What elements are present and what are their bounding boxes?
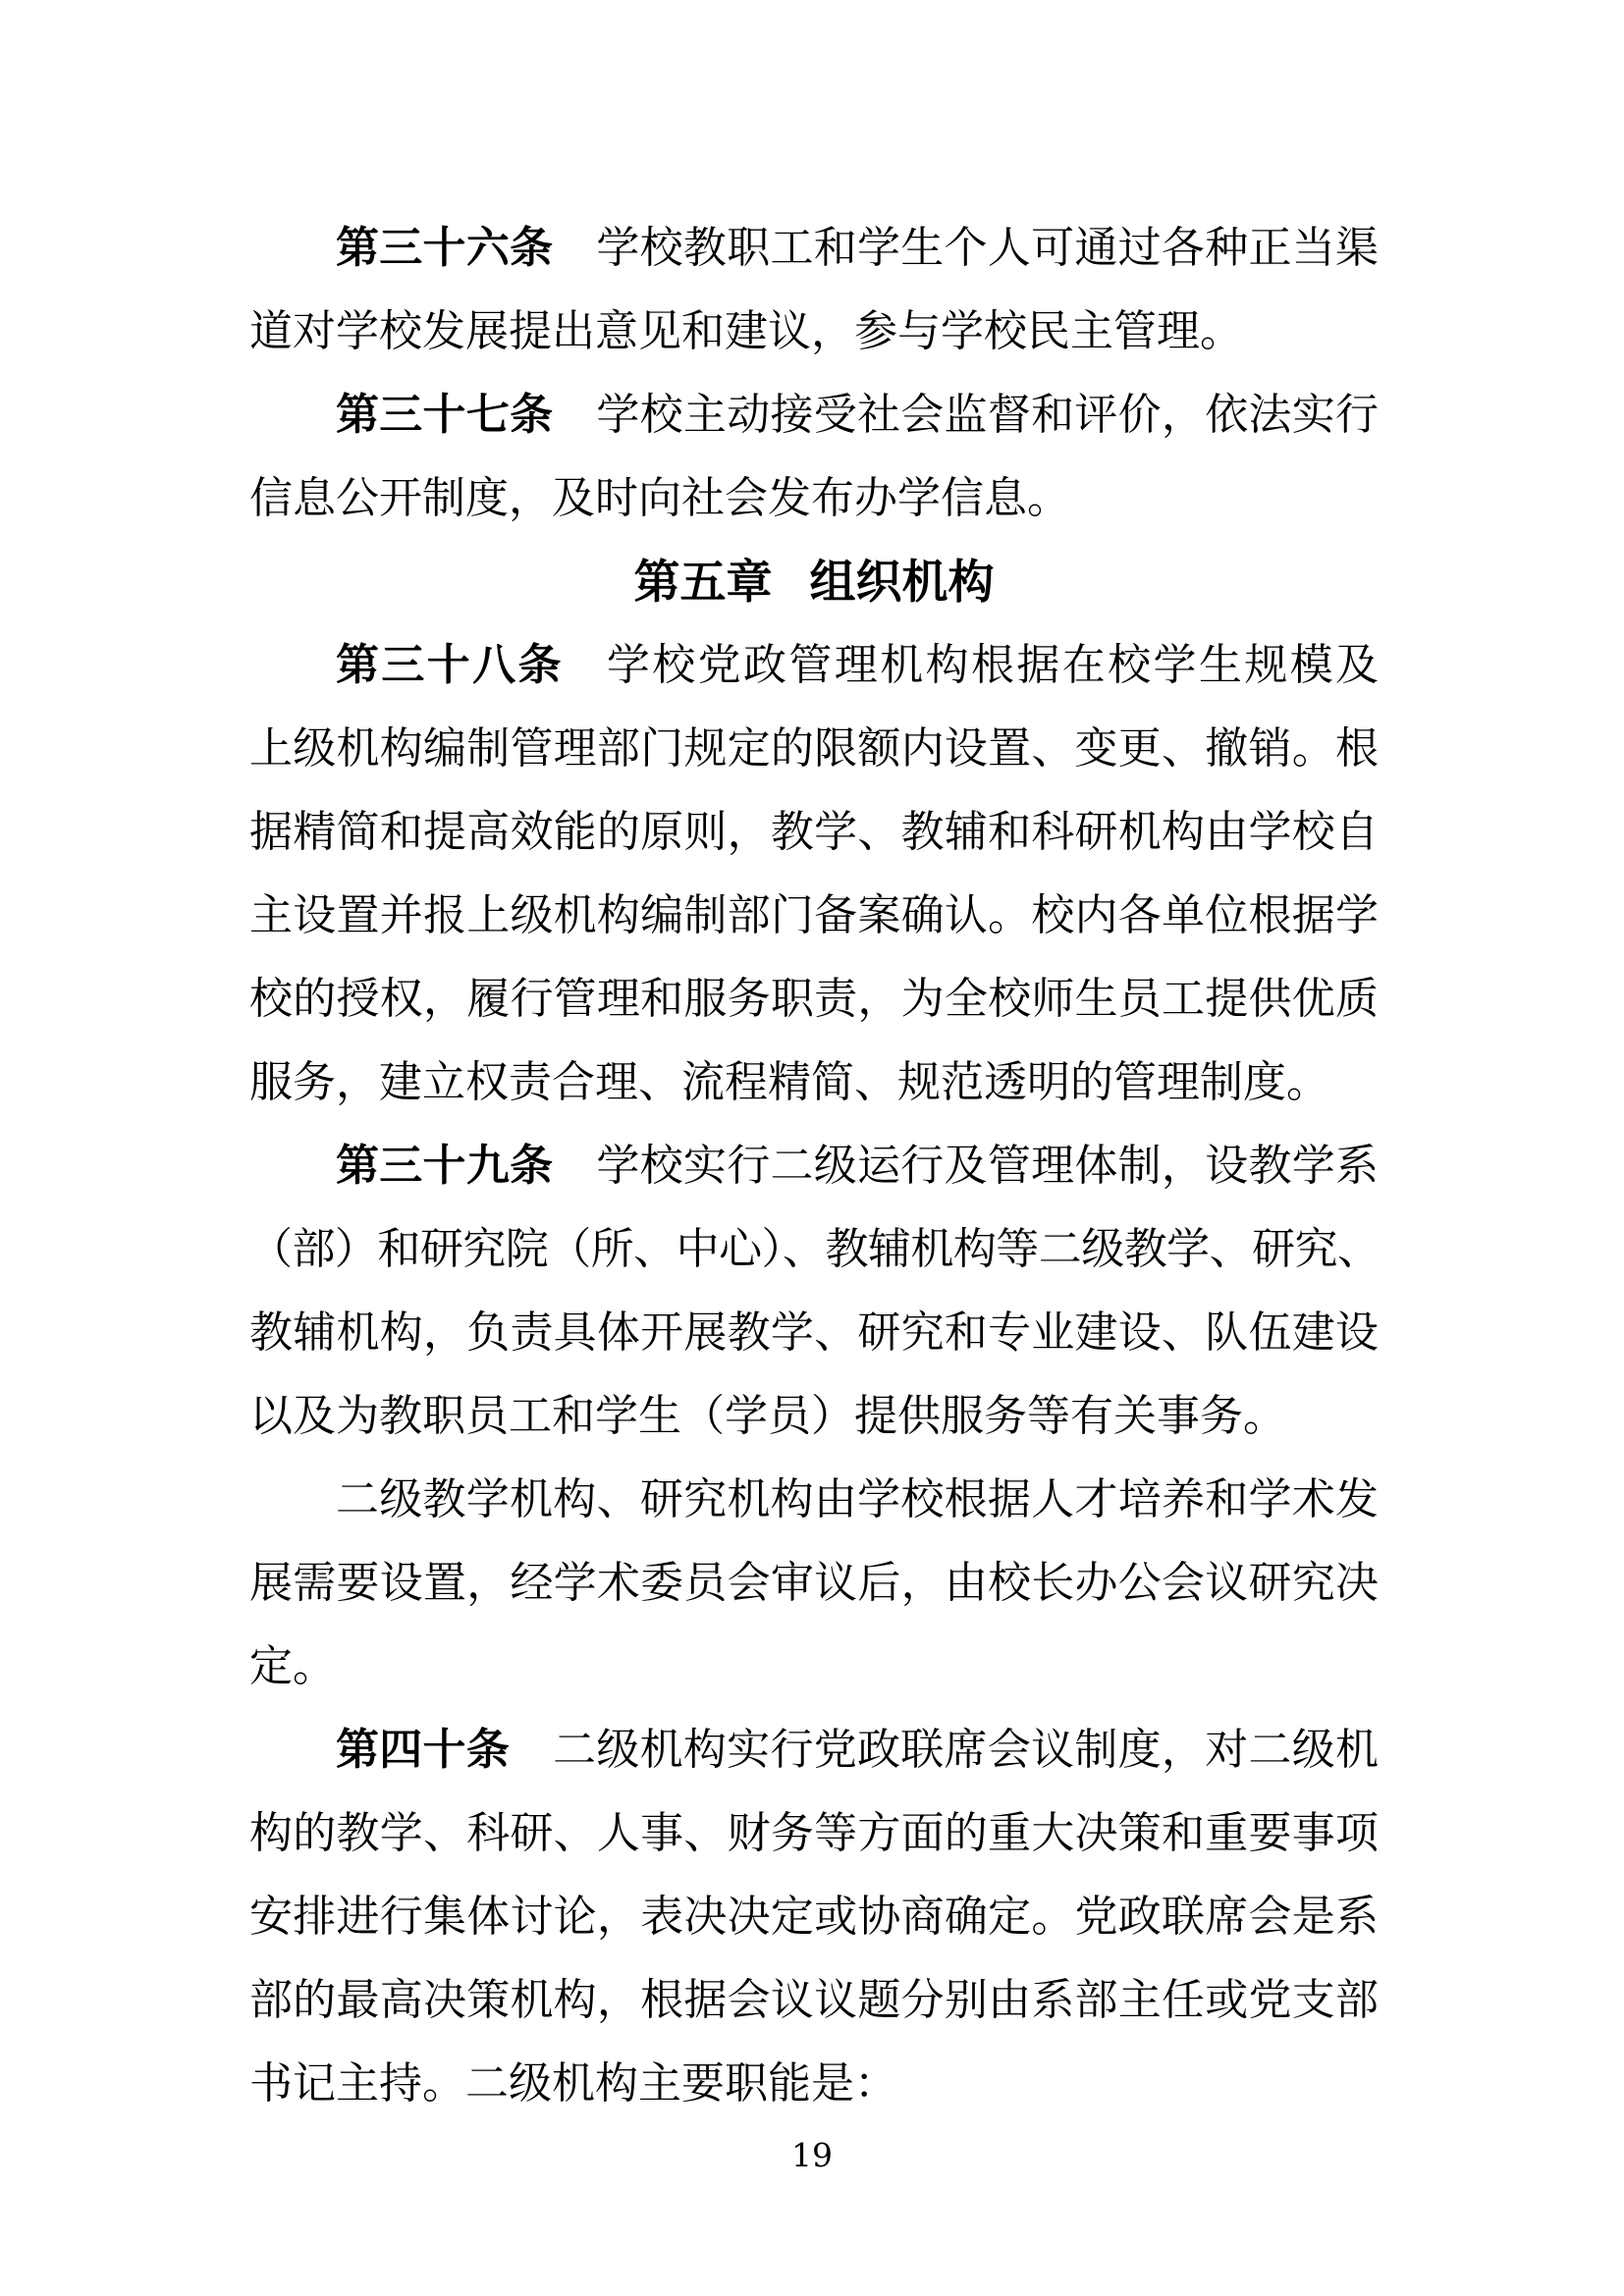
text-line: 定。 <box>249 1625 1379 1708</box>
article-40-paragraph: 第四十条二级机构实行党政联席会议制度，对二级机 构的教学、科研、人事、财务等方面… <box>249 1708 1379 2125</box>
line-text: 学校教职工和学生个人可通过各种正当渠 <box>596 223 1379 273</box>
article-39-paragraph: 第三十九条学校实行二级运行及管理体制，设教学系 （部）和研究院（所、中心）、教辅… <box>249 1124 1379 1458</box>
text-line: 教辅机构，负责具体开展教学、研究和专业建设、队伍建设 <box>249 1291 1379 1374</box>
article-37-number: 第三十七条 <box>336 390 553 440</box>
secondary-organs-paragraph: 二级教学机构、研究机构由学校根据人才培养和学术发 展需要设置，经学术委员会审议后… <box>249 1458 1379 1708</box>
document-page: 第三十六条学校教职工和学生个人可通过各种正当渠 道对学校发展提出意见和建议，参与… <box>0 0 1624 2296</box>
text-line: 第三十七条学校主动接受社会监督和评价，依法实行 <box>249 373 1379 456</box>
line-text: 二级机构实行党政联席会议制度，对二级机 <box>553 1725 1379 1775</box>
article-39-number: 第三十九条 <box>336 1141 553 1191</box>
text-line: 据精简和提高效能的原则，教学、教辅和科研机构由学校自 <box>249 790 1379 874</box>
article-38-number: 第三十八条 <box>336 640 564 690</box>
text-line: 第三十八条学校党政管理机构根据在校学生规模及 <box>249 623 1379 707</box>
text-line: 第四十条二级机构实行党政联席会议制度，对二级机 <box>249 1708 1379 1791</box>
text-line: 校的授权，履行管理和服务职责，为全校师生员工提供优质 <box>249 957 1379 1041</box>
page-number: 19 <box>0 2136 1624 2174</box>
article-38-paragraph: 第三十八条学校党政管理机构根据在校学生规模及 上级机构编制管理部门规定的限额内设… <box>249 623 1379 1124</box>
text-line: 道对学校发展提出意见和建议，参与学校民主管理。 <box>249 290 1379 373</box>
text-line: 服务，建立权责合理、流程精简、规范透明的管理制度。 <box>249 1041 1379 1124</box>
document-text-block: 第三十六条学校教职工和学生个人可通过各种正当渠 道对学校发展提出意见和建议，参与… <box>249 206 1379 2125</box>
line-text: 学校实行二级运行及管理体制，设教学系 <box>596 1141 1379 1191</box>
text-line: 构的教学、科研、人事、财务等方面的重大决策和重要事项 <box>249 1791 1379 1875</box>
text-line: 第三十九条学校实行二级运行及管理体制，设教学系 <box>249 1124 1379 1207</box>
article-37-paragraph: 第三十七条学校主动接受社会监督和评价，依法实行 信息公开制度，及时向社会发布办学… <box>249 373 1379 540</box>
text-line: 上级机构编制管理部门规定的限额内设置、变更、撤销。根 <box>249 707 1379 790</box>
text-line: 展需要设置，经学术委员会审议后，由校长办公会议研究决 <box>249 1541 1379 1625</box>
text-line: 第三十六条学校教职工和学生个人可通过各种正当渠 <box>249 206 1379 290</box>
text-line: 主设置并报上级机构编制部门备案确认。校内各单位根据学 <box>249 874 1379 957</box>
chapter-number: 第五章 <box>634 556 773 608</box>
article-36-number: 第三十六条 <box>336 223 553 273</box>
article-40-number: 第四十条 <box>336 1725 510 1775</box>
text-line: 二级教学机构、研究机构由学校根据人才培养和学术发 <box>249 1458 1379 1541</box>
line-text: 学校党政管理机构根据在校学生规模及 <box>607 640 1379 690</box>
text-line: 信息公开制度，及时向社会发布办学信息。 <box>249 456 1379 540</box>
text-line: 以及为教职员工和学生（学员）提供服务等有关事务。 <box>249 1374 1379 1458</box>
chapter-title: 组织机构 <box>810 556 995 608</box>
line-text: 学校主动接受社会监督和评价，依法实行 <box>596 390 1379 440</box>
text-line: （部）和研究院（所、中心）、教辅机构等二级教学、研究、 <box>249 1207 1379 1291</box>
text-line: 部的最高决策机构，根据会议议题分别由系部主任或党支部 <box>249 1958 1379 2042</box>
text-line: 书记主持。二级机构主要职能是： <box>249 2042 1379 2125</box>
text-line: 安排进行集体讨论，表决决定或协商确定。党政联席会是系 <box>249 1875 1379 1958</box>
article-36-paragraph: 第三十六条学校教职工和学生个人可通过各种正当渠 道对学校发展提出意见和建议，参与… <box>249 206 1379 373</box>
chapter-5-heading: 第五章组织机构 <box>249 540 1379 623</box>
